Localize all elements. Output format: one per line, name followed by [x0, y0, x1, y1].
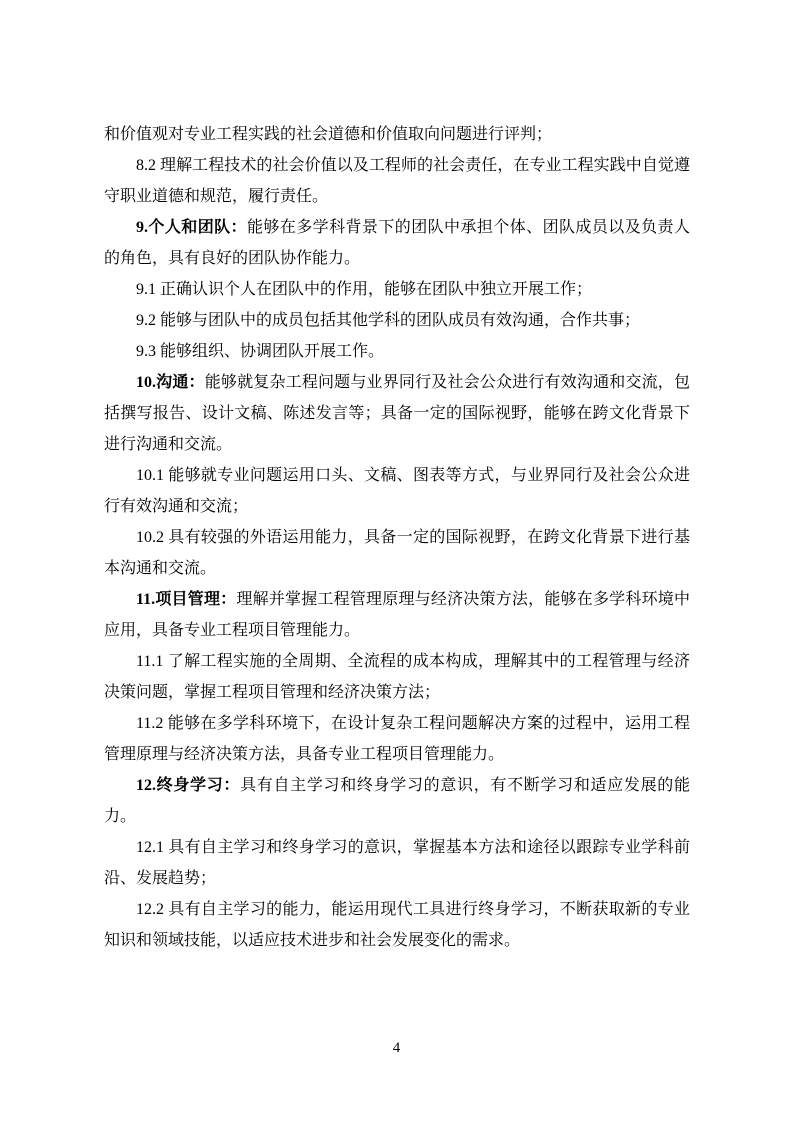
paragraph-text: 9.1 正确认识个人在团队中的作用，能够在团队中独立开展工作；	[136, 281, 592, 298]
paragraph-11-2: 11.2 能够在多学科环境下，在设计复杂工程问题解决方案的过程中，运用工程管理原…	[104, 708, 690, 770]
paragraph-text: 10.2 具有较强的外语运用能力，具备一定的国际视野，在跨文化背景下进行基本沟通…	[104, 529, 690, 577]
paragraph-9-3: 9.3 能够组织、协调团队开展工作。	[104, 336, 690, 367]
paragraph-9-2: 9.2 能够与团队中的成员包括其他学科的团队成员有效沟通，合作共事；	[104, 305, 690, 336]
paragraph-10-1: 10.1 能够就专业问题运用口头、文稿、图表等方式，与业界同行及社会公众进行有效…	[104, 460, 690, 522]
paragraph-text: 10.1 能够就专业问题运用口头、文稿、图表等方式，与业界同行及社会公众进行有效…	[104, 467, 690, 515]
paragraph-12-1: 12.1 具有自主学习和终身学习的意识，掌握基本方法和途径以跟踪专业学科前沿、发…	[104, 832, 690, 894]
paragraph-text: 11.1 了解工程实施的全周期、全流程的成本构成，理解其中的工程管理与经济决策问…	[104, 653, 690, 701]
paragraph-text: 11.2 能够在多学科环境下，在设计复杂工程问题解决方案的过程中，运用工程管理原…	[104, 715, 690, 763]
paragraph-heading: 10.沟通：	[136, 374, 205, 391]
paragraph-text: 和价值观对专业工程实践的社会道德和价值取向问题进行评判；	[104, 126, 552, 143]
paragraph-11-1: 11.1 了解工程实施的全周期、全流程的成本构成，理解其中的工程管理与经济决策问…	[104, 646, 690, 708]
paragraph-text: 12.2 具有自主学习的能力，能运用现代工具进行终身学习，不断获取新的专业知识和…	[104, 901, 690, 949]
paragraph-text: 9.2 能够与团队中的成员包括其他学科的团队成员有效沟通，合作共事；	[136, 312, 640, 329]
paragraph-continuation: 和价值观对专业工程实践的社会道德和价值取向问题进行评判；	[104, 119, 690, 150]
paragraph-9-heading: 9.个人和团队：能够在多学科背景下的团队中承担个体、团队成员以及负责人的角色，具…	[104, 212, 690, 274]
paragraph-text: 8.2 理解工程技术的社会价值以及工程师的社会责任，在专业工程实践中自觉遵守职业…	[104, 157, 690, 205]
paragraph-10-2: 10.2 具有较强的外语运用能力，具备一定的国际视野，在跨文化背景下进行基本沟通…	[104, 522, 690, 584]
paragraph-heading: 12.终身学习：	[136, 777, 240, 794]
document-page: 和价值观对专业工程实践的社会道德和价值取向问题进行评判； 8.2 理解工程技术的…	[0, 0, 793, 1122]
paragraph-heading: 11.项目管理：	[136, 591, 236, 608]
paragraph-10-heading: 10.沟通：能够就复杂工程问题与业界同行及社会公众进行有效沟通和交流，包括撰写报…	[104, 367, 690, 460]
paragraph-11-heading: 11.项目管理：理解并掌握工程管理原理与经济决策方法，能够在多学科环境中应用，具…	[104, 584, 690, 646]
paragraph-text: 12.1 具有自主学习和终身学习的意识，掌握基本方法和途径以跟踪专业学科前沿、发…	[104, 839, 690, 887]
paragraph-text: 9.3 能够组织、协调团队开展工作。	[136, 343, 384, 360]
paragraph-heading: 9.个人和团队：	[136, 219, 247, 236]
page-number: 4	[0, 1039, 793, 1057]
paragraph-8-2: 8.2 理解工程技术的社会价值以及工程师的社会责任，在专业工程实践中自觉遵守职业…	[104, 150, 690, 212]
paragraph-12-2: 12.2 具有自主学习的能力，能运用现代工具进行终身学习，不断获取新的专业知识和…	[104, 894, 690, 956]
paragraph-9-1: 9.1 正确认识个人在团队中的作用，能够在团队中独立开展工作；	[104, 274, 690, 305]
document-body: 和价值观对专业工程实践的社会道德和价值取向问题进行评判； 8.2 理解工程技术的…	[104, 119, 690, 956]
paragraph-12-heading: 12.终身学习：具有自主学习和终身学习的意识，有不断学习和适应发展的能力。	[104, 770, 690, 832]
